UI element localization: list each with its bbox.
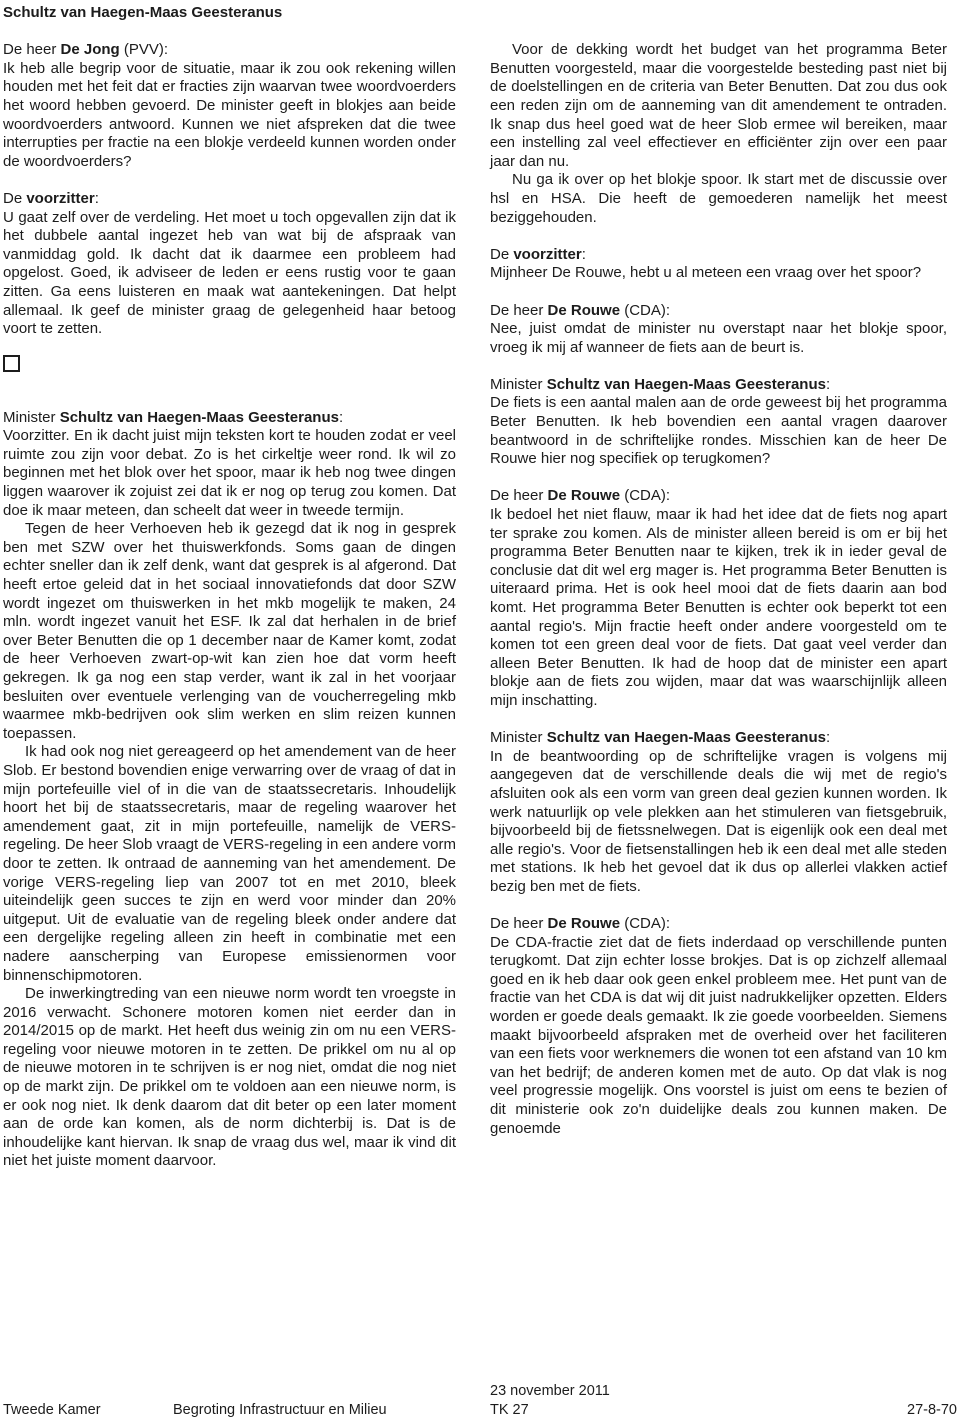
speaker-heading: Minister Schultz van Haegen-Maas Geester… [3, 409, 456, 428]
footer-chamber: Tweede Kamer [3, 1401, 101, 1420]
document-page: Schultz van Haegen-Maas Geesteranus De h… [0, 0, 960, 1423]
paragraph: Ik heb alle begrip voor de situatie, maa… [3, 60, 456, 172]
speaker-heading: Minister Schultz van Haegen-Maas Geester… [490, 376, 947, 395]
paragraph: Voorzitter. En ik dacht juist mijn tekst… [3, 427, 456, 520]
speaker-suffix: : [826, 376, 830, 393]
footer-session: TK 27 [490, 1401, 529, 1420]
speaker-heading: De voorzitter: [3, 190, 456, 209]
footer-page-number: 27-8-70 [907, 1401, 957, 1420]
paragraph: Voor de dekking wordt het budget van het… [490, 41, 947, 171]
speaker-name: Schultz van Haegen-Maas Geesteranus [547, 729, 826, 746]
speaker-name: Schultz van Haegen-Maas Geesteranus [547, 376, 826, 393]
speaker-heading: De voorzitter: [490, 246, 947, 265]
right-column: Voor de dekking wordt het budget van het… [490, 4, 947, 1138]
paragraph: Tegen de heer Verhoeven heb ik gezegd da… [3, 520, 456, 743]
speaker-suffix: (CDA): [620, 915, 670, 932]
speaker-prefix: Minister [3, 409, 60, 426]
speaker-name: De Rouwe [548, 487, 621, 504]
left-column: Schultz van Haegen-Maas Geesteranus De h… [3, 4, 456, 1171]
speaker-prefix: De heer [490, 915, 548, 932]
paragraph: Nu ga ik over op het blokje spoor. Ik st… [490, 171, 947, 227]
paragraph: De inwerkingtreding van een nieuwe norm … [3, 985, 456, 1171]
speaker-name: De Rouwe [548, 915, 621, 932]
speaker-heading: De heer De Rouwe (CDA): [490, 302, 947, 321]
empty-square-marker [3, 355, 20, 372]
speaker-name: voorzitter [513, 246, 581, 263]
paragraph: U gaat zelf over de verdeling. Het moet … [3, 209, 456, 339]
paragraph: De CDA-fractie ziet dat de fiets inderda… [490, 934, 947, 1139]
paragraph: De fiets is een aantal malen aan de orde… [490, 394, 947, 468]
speaker-prefix: Minister [490, 729, 547, 746]
speaker-heading: De heer De Jong (PVV): [3, 41, 456, 60]
speaker-heading: De heer De Rouwe (CDA): [490, 915, 947, 934]
page-header-speaker: Schultz van Haegen-Maas Geesteranus [3, 4, 456, 23]
speaker-heading: Minister Schultz van Haegen-Maas Geester… [490, 729, 947, 748]
speaker-prefix: De heer [490, 487, 548, 504]
speaker-prefix: De [3, 190, 26, 207]
speaker-name: Schultz van Haegen-Maas Geesteranus [60, 409, 339, 426]
speaker-prefix: De heer [3, 41, 61, 58]
paragraph: Ik bedoel het niet flauw, maar ik had he… [490, 506, 947, 711]
paragraph: In de beantwoording op de schriftelijke … [490, 748, 947, 897]
page-footer: 23 november 2011 Tweede Kamer Begroting … [0, 1382, 960, 1422]
footer-subject: Begroting Infrastructuur en Milieu [173, 1401, 387, 1420]
speaker-suffix: : [95, 190, 99, 207]
speaker-suffix: : [339, 409, 343, 426]
speaker-suffix: (PVV): [120, 41, 168, 58]
speaker-name: De Jong [61, 41, 120, 58]
speaker-prefix: De [490, 246, 513, 263]
speaker-heading: De heer De Rouwe (CDA): [490, 487, 947, 506]
footer-date: 23 november 2011 [490, 1382, 610, 1401]
speaker-suffix: : [582, 246, 586, 263]
speaker-suffix: (CDA): [620, 302, 670, 319]
paragraph: Mijnheer De Rouwe, hebt u al meteen een … [490, 264, 947, 283]
paragraph: Nee, juist omdat de minister nu overstap… [490, 320, 947, 357]
speaker-suffix: (CDA): [620, 487, 670, 504]
speaker-prefix: Minister [490, 376, 547, 393]
speaker-prefix: De heer [490, 302, 548, 319]
left-column-text: De heer De Jong (PVV):Ik heb alle begrip… [3, 41, 456, 1171]
paragraph: Ik had ook nog niet gereageerd op het am… [3, 743, 456, 985]
speaker-name: De Rouwe [548, 302, 621, 319]
speaker-suffix: : [826, 729, 830, 746]
speaker-name: voorzitter [26, 190, 94, 207]
